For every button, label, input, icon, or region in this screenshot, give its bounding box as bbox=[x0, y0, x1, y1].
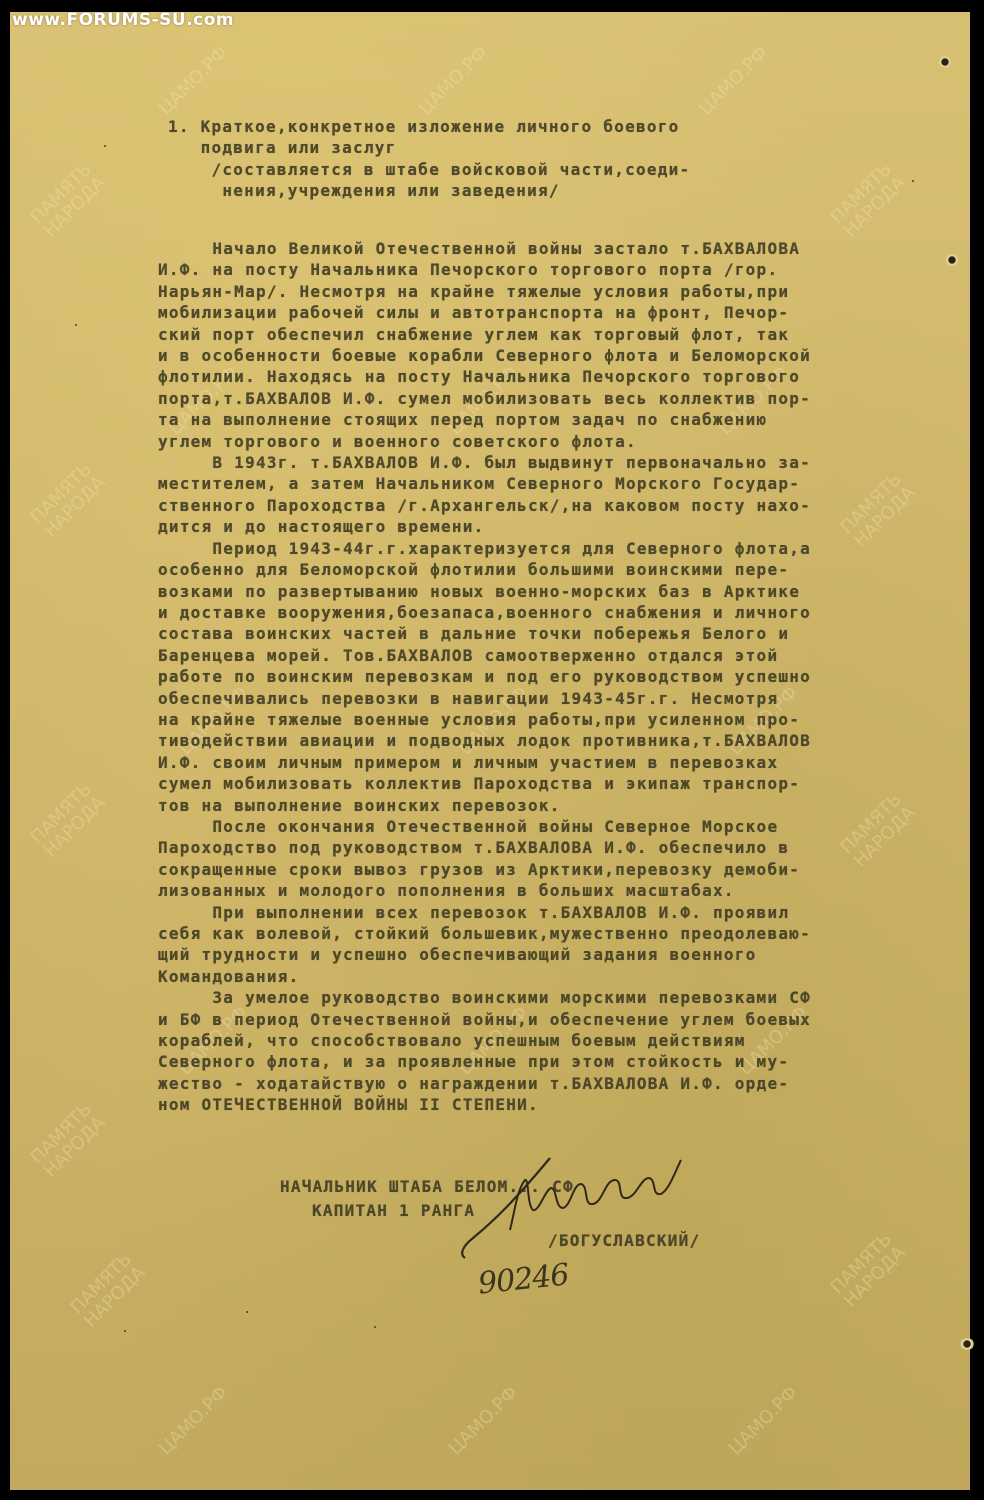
body-line: За умелое руководство воинскими морскими… bbox=[158, 987, 811, 1008]
body-line: Нарьян-Мар/. Несмотря на крайне тяжелые … bbox=[158, 281, 811, 302]
body-line: В 1943г. т.БАХВАЛОВ И.Ф. был выдвинут пе… bbox=[158, 452, 811, 473]
body-line: ский порт обеспечил снабжение углем как … bbox=[158, 324, 811, 345]
body-line: Начало Великой Отечественной войны заста… bbox=[158, 238, 811, 259]
watermark-tsamo: ЦАМО.РФ bbox=[156, 44, 232, 120]
section-heading: 1. Краткое,конкретное изложение личного … bbox=[168, 116, 690, 202]
watermark-pamyat-naroda: ПАМЯТЬНАРОДА bbox=[28, 460, 109, 541]
paper-speck bbox=[75, 324, 77, 326]
body-line: Период 1943-44г.г.характеризуется для Се… bbox=[158, 538, 811, 559]
body-line: и в особенности боевые корабли Северного… bbox=[158, 345, 811, 366]
body-line: ном ОТЕЧЕСТВЕННОЙ ВОЙНЫ II СТЕПЕНИ. bbox=[158, 1094, 811, 1115]
body-line: Баренцева морей. Тов.БАХВАЛОВ самоотверж… bbox=[158, 645, 811, 666]
body-line: При выполнении всех перевозок т.БАХВАЛОВ… bbox=[158, 902, 811, 923]
body-line: кораблей, что способствовало успешным бо… bbox=[158, 1030, 811, 1051]
body-line: дится и до настоящего времени. bbox=[158, 516, 811, 537]
heading-line: подвига или заслуг bbox=[168, 137, 690, 158]
body-line: возками по развертыванию новых военно-мо… bbox=[158, 581, 811, 602]
watermark-pamyat-naroda: ПАМЯТЬНАРОДА bbox=[28, 780, 109, 861]
body-line: жество - ходатайствую о награждении т.БА… bbox=[158, 1073, 811, 1094]
body-line: мобилизации рабочей силы и автотранспорт… bbox=[158, 302, 811, 323]
body-line: особенно для Беломорской флотилии больши… bbox=[158, 559, 811, 580]
paper-speck bbox=[104, 145, 106, 147]
body-line: ственного Пароходства /г.Архангельск/,на… bbox=[158, 495, 811, 516]
binding-hole bbox=[945, 254, 959, 266]
watermark-tsamo: ЦАМО.РФ bbox=[416, 44, 492, 120]
body-line: Пароходство под руководством т.БАХВАЛОВА… bbox=[158, 837, 811, 858]
paper-speck bbox=[246, 1311, 248, 1313]
site-watermark: www.FORUMS-SU.com bbox=[12, 10, 234, 30]
watermark-pamyat-naroda: ПАМЯТЬНАРОДА bbox=[68, 1250, 149, 1331]
watermark-tsamo: ЦАМО.РФ bbox=[446, 1384, 522, 1460]
watermark-tsamo: ЦАМО.РФ bbox=[696, 44, 772, 120]
body-line: После окончания Отечественной войны Севе… bbox=[158, 816, 811, 837]
paper-speck bbox=[374, 1326, 376, 1328]
body-line: И.Ф. на посту Начальника Печорского торг… bbox=[158, 259, 811, 280]
body-line: И.Ф. своим личным примером и личным учас… bbox=[158, 752, 811, 773]
body-line: щий трудности и успешно обеспечивающий з… bbox=[158, 944, 811, 965]
handwritten-signature bbox=[455, 1150, 695, 1270]
body-line: сокращенные сроки вывоз грузов из Арктик… bbox=[158, 859, 811, 880]
heading-note: /составляется в штабе войсковой части,со… bbox=[168, 159, 690, 180]
body-line: работе по воинским перевозкам и под его … bbox=[158, 666, 811, 687]
watermark-tsamo: ЦАМО.РФ bbox=[156, 1384, 232, 1460]
binding-hole bbox=[960, 1338, 974, 1350]
watermark-pamyat-naroda: ПАМЯТЬНАРОДА bbox=[28, 1100, 109, 1181]
body-line: состава воинских частей в дальние точки … bbox=[158, 623, 811, 644]
body-line: Командования. bbox=[158, 966, 811, 987]
body-line: флотилии. Находясь на посту Начальника П… bbox=[158, 366, 811, 387]
body-line: и доставке вооружения,боезапаса,военного… bbox=[158, 602, 811, 623]
citation-body: Начало Великой Отечественной войны заста… bbox=[158, 238, 811, 1116]
body-line: обеспечивались перевозки в навигации 194… bbox=[158, 688, 811, 709]
body-line: тиводействии авиации и подводных лодок п… bbox=[158, 730, 811, 751]
body-line: лизованных и молодого пополнения в больш… bbox=[158, 880, 811, 901]
body-line: Северного флота, и за проявленные при эт… bbox=[158, 1051, 811, 1072]
body-line: та на выполнение стоящих перед портом за… bbox=[158, 409, 811, 430]
heading-line: 1. Краткое,конкретное изложение личного … bbox=[168, 116, 690, 137]
body-line: на крайне тяжелые военные условия работы… bbox=[158, 709, 811, 730]
body-line: себя как волевой, стойкий большевик,муже… bbox=[158, 923, 811, 944]
paper-speck bbox=[912, 180, 914, 182]
watermark-pamyat-naroda: ПАМЯТЬНАРОДА bbox=[28, 160, 109, 241]
body-line: тов на выполнение воинских перевозок. bbox=[158, 795, 811, 816]
binding-hole bbox=[938, 56, 952, 68]
body-line: порта,т.БАХВАЛОВ И.Ф. сумел мобилизовать… bbox=[158, 388, 811, 409]
watermark-pamyat-naroda: ПАМЯТЬНАРОДА bbox=[828, 160, 909, 241]
watermark-pamyat-naroda: ПАМЯТЬНАРОДА bbox=[828, 1230, 909, 1311]
watermark-pamyat-naroda: ПАМЯТЬНАРОДА bbox=[838, 790, 919, 871]
body-line: местителем, а затем Начальником Северног… bbox=[158, 473, 811, 494]
watermark-tsamo: ЦАМО.РФ bbox=[726, 1384, 802, 1460]
paper-speck bbox=[124, 1330, 126, 1332]
body-line: и БФ в период Отечественной войны,и обес… bbox=[158, 1009, 811, 1030]
body-line: углем торгового и военного советского фл… bbox=[158, 431, 811, 452]
heading-note: нения,учреждения или заведения/ bbox=[168, 180, 690, 201]
body-line: сумел мобилизовать коллектив Пароходства… bbox=[158, 773, 811, 794]
watermark-pamyat-naroda: ПАМЯТЬНАРОДА bbox=[838, 470, 919, 551]
